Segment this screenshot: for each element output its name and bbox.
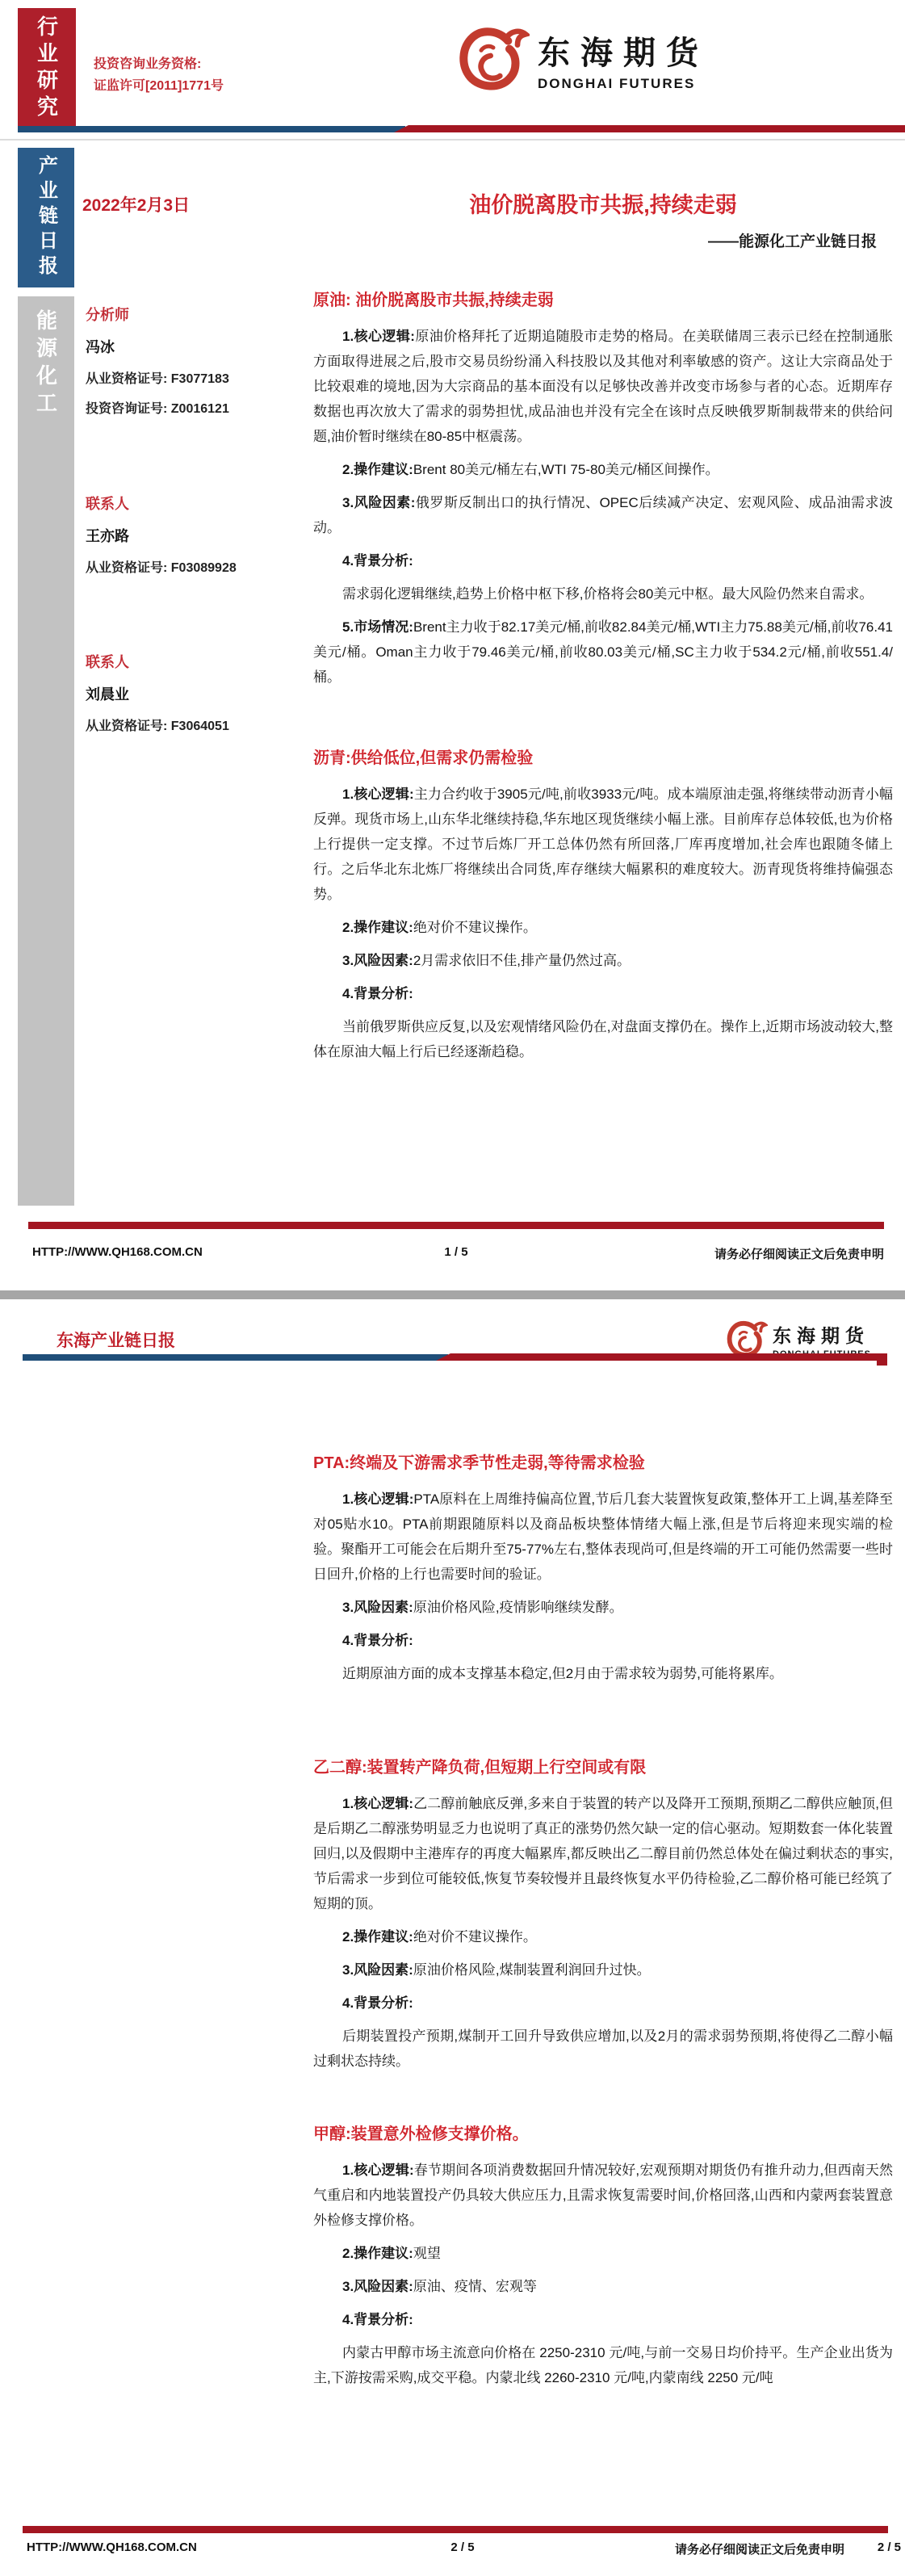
logo-text: 东海期货 DONGHAI FUTURES [538, 27, 709, 92]
contact-info-1: 联系人 王亦路 从业资格证号: F03089928 [86, 493, 304, 587]
contact-cert: 从业资格证号: F03089928 [86, 557, 304, 576]
license-line-1: 投资咨询业务资格: [94, 53, 224, 75]
daily-report-tag-label: 产业链日报 [32, 155, 61, 280]
paragraph-text: 观望 [413, 2246, 441, 2261]
contact-name: 刘晨业 [86, 683, 304, 704]
company-logo: 东海期货 DONGHAI FUTURES [449, 19, 709, 100]
paragraph: 2.操作建议:Brent 80美元/桶左右,WTI 75-80美元/桶区间操作。 [313, 457, 893, 482]
paragraph-text: 内蒙古甲醇市场主流意向价格在 2250-2310 元/吨,与前一交易日均价持平。… [313, 2345, 893, 2385]
page2-main-content: PTA:终端及下游需求季节性走弱,等待需求检验 1.核心逻辑:PTA原料在上周维… [313, 1450, 893, 2398]
paragraph: 需求弱化逻辑继续,趋势上价格中枢下移,价格将会80美元中枢。最大风险仍然来自需求… [313, 581, 893, 606]
paragraph: 4.背景分析: [313, 1991, 893, 2016]
section-heading: 原油: 油价脱离股市共振,持续走弱 [313, 287, 893, 310]
paragraph-label: 3.风险因素: [342, 1962, 413, 1978]
paragraph-label: 2.操作建议: [342, 920, 413, 935]
paragraph-text: 原油价格风险,煤制装置利润回升过快。 [413, 1962, 651, 1978]
report-document: { "colors": { "brand_red": "#ae1f2b", "l… [0, 0, 905, 2576]
paragraph: 近期原油方面的成本支撑基本稳定,但2月由于需求较为弱势,可能将累库。 [313, 1661, 893, 1686]
page1-main-content: 油价脱离股市共振,持续走弱 ——能源化工产业链日报 原油: 油价脱离股市共振,持… [313, 187, 893, 1072]
paragraph-text: 2月需求依旧不佳,排产量仍然过高。 [413, 953, 631, 968]
contact-info-2: 联系人 刘晨业 从业资格证号: F3064051 [86, 651, 304, 745]
report-title: 油价脱离股市共振,持续走弱 [313, 187, 893, 219]
header-hairline [0, 139, 905, 141]
contact-label: 联系人 [86, 651, 304, 672]
section-heading: 沥青:供给低位,但需求仍需检验 [313, 745, 893, 768]
paragraph: 3.风险因素:原油价格风险,煤制装置利润回升过快。 [313, 1957, 893, 1982]
paragraph: 3.风险因素:俄罗斯反制出口的执行情况、OPEC后续减产决定、宏观风险、成品油需… [313, 490, 893, 540]
energy-chemical-tag-label: 能源化工 [31, 309, 61, 419]
divider-blue-segment [23, 1354, 448, 1361]
page2-header-divider [23, 1353, 878, 1361]
paragraph-label: 4.背景分析: [342, 986, 413, 1001]
paragraph-label: 4.背景分析: [342, 1633, 413, 1648]
paragraph: 4.背景分析: [313, 548, 893, 573]
logo-en-text: DONGHAI FUTURES [538, 76, 709, 92]
paragraph-label: 1.核心逻辑: [342, 329, 415, 344]
contact-name: 王亦路 [86, 525, 304, 546]
analyst-label: 分析师 [86, 304, 304, 325]
paragraph: 1.核心逻辑:PTA原料在上周维持偏高位置,节后几套大装置恢复政策,整体开工上调… [313, 1487, 893, 1587]
paragraph-label: 2.操作建议: [342, 462, 413, 477]
paragraph-text: 当前俄罗斯供应反复,以及宏观情绪风险仍在,对盘面支撑仍在。操作上,近期市场波动较… [313, 1019, 893, 1059]
paragraph: 5.市场情况:Brent主力收于82.17美元/桶,前收82.84美元/桶,WT… [313, 615, 893, 690]
page-separator [0, 1290, 905, 1299]
report-subtitle: ——能源化工产业链日报 [313, 229, 877, 251]
industry-research-tag-label: 行业研究 [32, 15, 62, 122]
paragraph-text: 原油、疫情、宏观等 [413, 2279, 537, 2294]
section-bitumen: 沥青:供给低位,但需求仍需检验 1.核心逻辑:主力合约收于3905元/吨,前收3… [313, 745, 893, 1064]
paragraph: 2.操作建议:绝对价不建议操作。 [313, 1924, 893, 1949]
paragraph: 1.核心逻辑:春节期间各项消费数据回升情况较好,宏观预期对期货仍有推升动力,但西… [313, 2158, 893, 2233]
paragraph-text: 主力合约收于3905元/吨,前收3933元/吨。成本端原油走强,将继续带动沥青小… [313, 787, 893, 902]
logo-red-square [877, 1353, 887, 1366]
paragraph-text: 后期装置投产预期,煤制开工回升导致供应增加,以及2月的需求弱势预期,将使得乙二醇… [313, 2028, 893, 2069]
analyst-cert: 从业资格证号: F3077183 [86, 368, 304, 387]
dragon-logo-icon [449, 19, 530, 100]
paragraph: 2.操作建议:观望 [313, 2241, 893, 2266]
paragraph: 4.背景分析: [313, 1628, 893, 1653]
paragraph: 3.风险因素:原油、疫情、宏观等 [313, 2274, 893, 2299]
paragraph: 内蒙古甲醇市场主流意向价格在 2250-2310 元/吨,与前一交易日均价持平。… [313, 2340, 893, 2390]
analyst-advisory-cert: 投资咨询证号: Z0016121 [86, 398, 304, 417]
section-methanol: 甲醇:装置意外检修支撑价格。 1.核心逻辑:春节期间各项消费数据回升情况较好,宏… [313, 2121, 893, 2390]
paragraph: 1.核心逻辑:原油价格拜托了近期追随股市走势的格局。在美联储周三表示已经在控制通… [313, 324, 893, 449]
paragraph: 当前俄罗斯供应反复,以及宏观情绪风险仍在,对盘面支撑仍在。操作上,近期市场波动较… [313, 1014, 893, 1064]
paragraph-text: 乙二醇前触底反弹,多来自于装置的转产以及降开工预期,预期乙二醇供应触顶,但是后期… [313, 1796, 893, 1911]
paragraph-label: 3.风险因素: [342, 1600, 413, 1615]
energy-chemical-tag: 能源化工 [18, 296, 74, 1206]
paragraph-text: 绝对价不建议操作。 [413, 920, 537, 935]
paragraph: 后期装置投产预期,煤制开工回升导致供应增加,以及2月的需求弱势预期,将使得乙二醇… [313, 2024, 893, 2074]
contact-cert: 从业资格证号: F3064051 [86, 715, 304, 734]
footer-page-number-right: 2 / 5 [878, 2540, 901, 2554]
page1-footer-bar [28, 1222, 884, 1229]
license-info: 投资咨询业务资格: 证监许可[2011]1771号 [94, 53, 224, 97]
logo-cn-text: 东海期货 [538, 27, 709, 73]
paragraph-text: 原油价格风险,疫情影响继续发酵。 [413, 1600, 623, 1615]
paragraph-label: 1.核心逻辑: [342, 1491, 413, 1507]
footer-disclaimer-notice: 请务必仔细阅读正文后免责申明 [714, 1245, 884, 1262]
paragraph-text: 需求弱化逻辑继续,趋势上价格中枢下移,价格将会80美元中枢。最大风险仍然来自需求… [342, 586, 873, 602]
paragraph: 4.背景分析: [313, 2307, 893, 2332]
section-heading: 乙二醇:装置转产降负荷,但短期上行空间或有限 [313, 1754, 893, 1777]
header-divider [18, 125, 905, 132]
paragraph-label: 2.操作建议: [342, 2246, 413, 2261]
paragraph-label: 1.核心逻辑: [342, 2163, 414, 2178]
paragraph: 3.风险因素:2月需求依旧不佳,排产量仍然过高。 [313, 948, 893, 973]
paragraph-text: 原油价格拜托了近期追随股市走势的格局。在美联储周三表示已经在控制通胀方面取得进展… [313, 329, 893, 444]
section-crude-oil: 原油: 油价脱离股市共振,持续走弱 1.核心逻辑:原油价格拜托了近期追随股市走势… [313, 287, 893, 690]
paragraph-label: 2.操作建议: [342, 1929, 413, 1945]
paragraph-label: 4.背景分析: [342, 553, 413, 568]
page2-footer-bar [23, 2526, 888, 2533]
daily-report-tag: 产业链日报 [18, 148, 74, 287]
paragraph-label: 3.风险因素: [342, 495, 415, 510]
divider-blue-segment [18, 126, 405, 132]
paragraph-label: 3.风险因素: [342, 953, 413, 968]
logo-cn-text: 东海期货 [773, 1321, 871, 1348]
paragraph-label: 5.市场情况: [342, 619, 413, 635]
analyst-info: 分析师 冯冰 从业资格证号: F3077183 投资咨询证号: Z0016121 [86, 304, 304, 428]
license-line-2: 证监许可[2011]1771号 [94, 75, 224, 97]
paragraph: 2.操作建议:绝对价不建议操作。 [313, 915, 893, 940]
paragraph-text: Brent 80美元/桶左右,WTI 75-80美元/桶区间操作。 [413, 462, 719, 477]
paragraph-text: 绝对价不建议操作。 [413, 1929, 537, 1945]
paragraph-label: 4.背景分析: [342, 2312, 413, 2327]
paragraph-text: 近期原油方面的成本支撑基本稳定,但2月由于需求较为弱势,可能将累库。 [342, 1666, 783, 1681]
page2-footer: HTTP://WWW.QH168.COM.CN 2 / 5 请务必仔细阅读正文后… [23, 2540, 903, 2557]
divider-red-segment [394, 125, 905, 132]
section-pta: PTA:终端及下游需求季节性走弱,等待需求检验 1.核心逻辑:PTA原料在上周维… [313, 1450, 893, 1686]
industry-research-tag: 行业研究 [18, 8, 76, 129]
section-meg: 乙二醇:装置转产降负荷,但短期上行空间或有限 1.核心逻辑:乙二醇前触底反弹,多… [313, 1754, 893, 2074]
divider-red-segment [436, 1353, 878, 1361]
analyst-name: 冯冰 [86, 336, 304, 357]
page1-footer: HTTP://WWW.QH168.COM.CN 1 / 5 请务必仔细阅读正文后… [28, 1245, 884, 1261]
paragraph-label: 1.核心逻辑: [342, 787, 414, 802]
section-heading: PTA:终端及下游需求季节性走弱,等待需求检验 [313, 1450, 893, 1473]
section-heading: 甲醇:装置意外检修支撑价格。 [313, 2121, 893, 2144]
page2-header-title: 东海产业链日报 [57, 1328, 175, 1352]
paragraph-label: 3.风险因素: [342, 2279, 413, 2294]
paragraph: 1.核心逻辑:主力合约收于3905元/吨,前收3933元/吨。成本端原油走强,将… [313, 782, 893, 907]
paragraph: 4.背景分析: [313, 981, 893, 1006]
contact-label: 联系人 [86, 493, 304, 514]
paragraph: 1.核心逻辑:乙二醇前触底反弹,多来自于装置的转产以及降开工预期,预期乙二醇供应… [313, 1791, 893, 1916]
paragraph-label: 1.核心逻辑: [342, 1796, 413, 1811]
paragraph-label: 4.背景分析: [342, 1995, 413, 2011]
paragraph: 3.风险因素:原油价格风险,疫情影响继续发酵。 [313, 1595, 893, 1620]
report-date: 2022年2月3日 [82, 192, 190, 216]
footer-disclaimer-notice: 请务必仔细阅读正文后免责申明 [675, 2540, 844, 2557]
